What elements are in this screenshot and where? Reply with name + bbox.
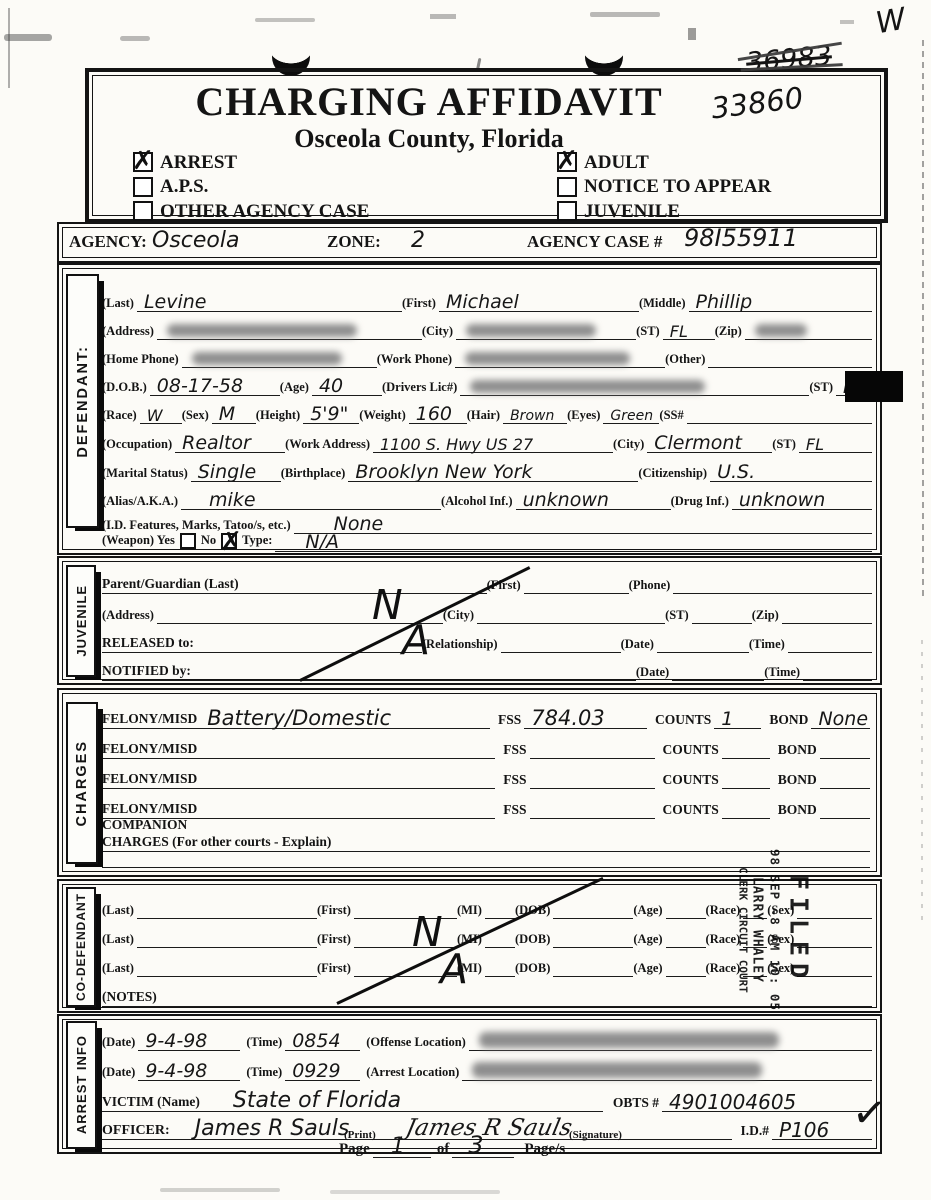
codef-sex-label: (Sex) xyxy=(767,933,797,948)
defendant-physical-row: (Race) W (Sex) M (Height) 5'9" (Weight) … xyxy=(102,400,872,424)
work-state-label: (ST) xyxy=(772,438,799,453)
birthplace-value: Brooklyn New York xyxy=(348,464,534,481)
citizenship-value: U.S. xyxy=(710,464,757,481)
work-address-value: 1100 S. Hwy US 27 xyxy=(373,438,535,452)
juvenile-released-row: RELEASED to: (Relationship) (Date) (Time… xyxy=(102,629,872,653)
page-title: CHARGING AFFIDAVIT xyxy=(149,78,709,125)
notified-time-label: (Time) xyxy=(764,666,803,681)
redacted-arrest-location xyxy=(472,1062,762,1078)
age-value: 40 xyxy=(312,378,345,395)
header-checkbox-column-left: ARREST A.P.S. OTHER AGENCY CASE xyxy=(133,152,369,226)
hair-value: Brown xyxy=(503,410,556,423)
agency-label: AGENCY: xyxy=(69,233,150,253)
aps-checkbox xyxy=(133,177,153,197)
sex-value: M xyxy=(212,406,237,423)
alcohol-inf-label: (Alcohol Inf.) xyxy=(441,495,516,510)
defendant-phone-row: (Home Phone) (Work Phone) (Other) xyxy=(102,344,872,368)
codef-sex-label: (Sex) xyxy=(767,904,797,919)
weight-label: (Weight) xyxy=(359,409,409,424)
defendant-weapon-row: (Weapon) Yes No Type: N/A xyxy=(102,531,872,552)
codefendant-section: CO-DEFENDANT (Last) (First) (MI) (DOB) (… xyxy=(57,879,882,1013)
codefendant-row-2: (Last) (First) (MI) (DOB) (Age) (Race) (… xyxy=(102,924,872,948)
counts-1-value: 1 xyxy=(714,711,735,728)
codefendant-row-1: (Last) (First) (MI) (DOB) (Age) (Race) (… xyxy=(102,895,872,919)
scanned-document-page: { "page": { "corner_mark": "W", "crossed… xyxy=(0,0,931,1200)
checkbox-row-aps: A.P.S. xyxy=(133,177,369,197)
officer-id-label: I.D.# xyxy=(732,1124,772,1140)
codef-dob-label: (DOB) xyxy=(515,962,553,977)
juvenile-st-label: (ST) xyxy=(665,609,692,624)
scan-noise xyxy=(120,36,150,41)
notified-by-label: NOTIFIED by: xyxy=(102,664,194,681)
felony-misd-label: FELONY/MISD xyxy=(102,772,200,789)
obts-label: OBTS # xyxy=(603,1096,662,1112)
victim-label: VICTIM (Name) xyxy=(102,1095,203,1112)
fss-label: FSS xyxy=(495,803,529,819)
handwritten-check-mark: ✓ xyxy=(850,1086,890,1138)
counts-label: COUNTS xyxy=(647,713,714,729)
last-name-value: Levine xyxy=(137,294,209,311)
work-address-label: (Work Address) xyxy=(285,438,373,453)
felony-misd-label: FELONY/MISD xyxy=(102,712,200,729)
drug-inf-label: (Drug Inf.) xyxy=(671,495,732,510)
juvenile-address-label: (Address) xyxy=(102,609,157,624)
defendant-alias-row: (Alias/A.K.A.) mike (Alcohol Inf.) unkno… xyxy=(102,486,872,510)
other-agency-label: OTHER AGENCY CASE xyxy=(160,202,369,221)
hair-label: (Hair) xyxy=(467,409,503,424)
checkbox-row-arrest: ARREST xyxy=(133,152,369,172)
weapon-no-label: No xyxy=(201,534,219,549)
obts-value: 4901004605 xyxy=(662,1093,798,1111)
ssn-redaction-box xyxy=(845,371,903,402)
weapon-type-label: Type: xyxy=(242,534,275,549)
fss-label: FSS xyxy=(495,743,529,759)
codef-notes-label: (NOTES) xyxy=(102,990,160,1007)
codef-age-label: (Age) xyxy=(633,962,665,977)
bond-label: BOND xyxy=(770,743,820,759)
arrest-info-section-label-box: ARREST INFO xyxy=(66,1021,97,1149)
work-city-label: (City) xyxy=(613,438,647,453)
other-agency-checkbox xyxy=(133,201,153,221)
juvenile-na-a: A xyxy=(402,616,430,664)
offense-date-value: 9-4-98 xyxy=(138,1033,209,1050)
juvenile-address-row: (Address) (City) (ST) (Zip) xyxy=(102,600,872,624)
arrest-time-label: (Time) xyxy=(240,1066,285,1081)
corner-handwritten-mark: W xyxy=(873,2,908,42)
officer-print-value: James R Sauls xyxy=(173,1119,352,1139)
redacted-zip xyxy=(755,324,807,337)
adult-label: ADULT xyxy=(584,153,649,172)
redacted-work-phone xyxy=(465,352,630,365)
adult-checkbox xyxy=(557,152,577,172)
work-city-value: Clermont xyxy=(647,435,744,452)
page-label: Page xyxy=(339,1141,373,1159)
juvenile-notified-row: NOTIFIED by: (Date) (Time) xyxy=(102,657,872,681)
address-label: (Address) xyxy=(102,325,157,340)
scan-noise xyxy=(688,28,696,40)
notified-date-label: (Date) xyxy=(636,666,672,681)
felony-misd-label: FELONY/MISD xyxy=(102,742,200,759)
notice-to-appear-checkbox xyxy=(557,177,577,197)
eyes-value: Green xyxy=(603,410,655,423)
codef-last-label: (Last) xyxy=(102,904,137,919)
header-subtitle: Osceola County, Florida xyxy=(149,124,709,154)
weapon-no-checkbox xyxy=(221,533,237,549)
codef-age-label: (Age) xyxy=(633,904,665,919)
defendant-address-row: (Address) (City) (ST) FL (Zip) xyxy=(102,316,872,340)
first-name-value: Michael xyxy=(439,294,521,311)
agency-case-label: AGENCY CASE # xyxy=(527,233,665,253)
juvenile-section-label: JUVENILE xyxy=(74,585,89,657)
scan-noise xyxy=(921,640,923,920)
eyes-label: (Eyes) xyxy=(567,409,603,424)
arrest-info-section-label: ARREST INFO xyxy=(74,1035,89,1134)
drug-inf-value: unknown xyxy=(732,492,827,509)
charges-section-label-box: CHARGES xyxy=(66,702,98,864)
sex-label: (Sex) xyxy=(182,409,212,424)
redacted-offense-location xyxy=(479,1032,779,1048)
bond-1-value: None xyxy=(811,711,870,728)
occupation-label: (Occupation) xyxy=(102,438,175,453)
released-date-label: (Date) xyxy=(621,638,657,653)
age-label: (Age) xyxy=(280,381,312,396)
dl-state-label: (ST) xyxy=(809,381,836,396)
arrest-checkbox xyxy=(133,152,153,172)
juvenile-checkbox xyxy=(557,201,577,221)
companion-label-row: COMPANION xyxy=(102,819,870,834)
weapon-yes-checkbox xyxy=(180,533,196,549)
middle-name-value: Phillip xyxy=(689,294,755,311)
defendant-section: DEFENDANT: (Last) Levine (First) Michael… xyxy=(57,263,882,555)
companion-charges-label: CHARGES (For other courts - Explain) xyxy=(102,835,334,852)
codefendant-na-a: A xyxy=(440,945,468,993)
agency-case-value: 98I55911 xyxy=(677,228,800,250)
height-value: 5'9" xyxy=(303,406,350,423)
dob-label: (D.O.B.) xyxy=(102,381,150,396)
zone-value: 2 xyxy=(404,231,427,251)
codef-first-label: (First) xyxy=(317,904,354,919)
offense-time-value: 0854 xyxy=(285,1033,342,1050)
charge-1-value: Battery/Domestic xyxy=(200,709,393,728)
redacted-address xyxy=(167,324,357,337)
juvenile-na-n: N xyxy=(372,581,403,629)
codefendant-section-label-box: CO-DEFENDANT xyxy=(66,887,96,1007)
charge-row-4: FELONY/MISD FSS COUNTS BOND xyxy=(102,792,870,819)
marital-status-label: (Marital Status) xyxy=(102,467,191,482)
weapon-label: (Weapon) Yes xyxy=(102,534,178,549)
juvenile-zip-label: (Zip) xyxy=(752,609,782,624)
state-label: (ST) xyxy=(636,325,663,340)
zip-label: (Zip) xyxy=(715,325,745,340)
arrest-time-value: 0929 xyxy=(285,1063,342,1080)
pages-label: Page/s xyxy=(514,1141,568,1159)
offense-date-label: (Date) xyxy=(102,1036,138,1051)
ssn-label: (SS# xyxy=(659,409,686,424)
charge-row-1: FELONY/MISD Battery/Domestic FSS 784.03 … xyxy=(102,702,870,729)
drivers-lic-label: (Drivers Lic#) xyxy=(382,381,460,396)
scan-noise xyxy=(922,40,924,600)
scan-noise xyxy=(330,1190,500,1194)
parent-guardian-label: Parent/Guardian (Last) xyxy=(102,577,242,594)
arrest-date-value: 9-4-98 xyxy=(138,1063,209,1080)
codefendant-notes-row: (NOTES) xyxy=(102,987,872,1007)
codef-race-label: (Race) xyxy=(706,904,744,919)
birthplace-label: (Birthplace) xyxy=(281,467,349,482)
juvenile-label: JUVENILE xyxy=(584,202,680,221)
city-label: (City) xyxy=(422,325,456,340)
header-handwritten-number: 33860 xyxy=(709,81,805,126)
defendant-section-label-box: DEFENDANT: xyxy=(66,274,99,528)
race-label: (Race) xyxy=(102,409,140,424)
officer-label: OFFICER: xyxy=(102,1123,173,1140)
codef-first-label: (First) xyxy=(317,962,354,977)
charges-section: CHARGES FELONY/MISD Battery/Domestic FSS… xyxy=(57,688,882,877)
home-phone-label: (Home Phone) xyxy=(102,353,182,368)
released-time-label: (Time) xyxy=(749,638,788,653)
page-number-value: 1 xyxy=(373,1137,407,1157)
dob-value: 08-17-58 xyxy=(150,378,245,395)
codefendant-row-3: (Last) (First) (MI) (DOB) (Age) (Race) (… xyxy=(102,953,872,977)
scan-noise xyxy=(590,12,660,17)
state-value: FL xyxy=(663,325,690,339)
offense-location-label: (Offense Location) xyxy=(360,1036,469,1051)
defendant-name-row: (Last) Levine (First) Michael (Middle) P… xyxy=(102,288,872,312)
juvenile-parent-row: Parent/Guardian (Last) (First) (Phone) xyxy=(102,570,872,594)
bond-label: BOND xyxy=(770,773,820,789)
charge-row-3: FELONY/MISD FSS COUNTS BOND xyxy=(102,762,870,789)
agency-value: Osceola xyxy=(145,231,241,251)
checkbox-row-notice-to-appear: NOTICE TO APPEAR xyxy=(557,177,771,197)
bond-label: BOND xyxy=(770,803,820,819)
defendant-section-label: DEFENDANT: xyxy=(75,345,91,458)
header-checkbox-column-right: ADULT NOTICE TO APPEAR JUVENILE xyxy=(557,152,771,226)
scan-noise xyxy=(4,34,52,41)
first-name-label: (First) xyxy=(402,297,439,312)
bond-label: BOND xyxy=(761,713,811,729)
weight-value: 160 xyxy=(409,406,454,423)
counts-label: COUNTS xyxy=(655,773,722,789)
victim-value: State of Florida xyxy=(203,1091,403,1111)
middle-name-label: (Middle) xyxy=(639,297,689,312)
companion-charges-row: CHARGES (For other courts - Explain) xyxy=(102,834,870,852)
of-label: of xyxy=(431,1141,453,1159)
defendant-dob-row: (D.O.B.) 08-17-58 (Age) 40 (Drivers Lic#… xyxy=(102,372,872,396)
agency-bar: AGENCY: Osceola ZONE: 2 AGENCY CASE # 98… xyxy=(57,222,882,263)
zone-label: ZONE: xyxy=(327,233,384,253)
offense-date-row: (Date) 9-4-98 (Time) 0854 (Offense Locat… xyxy=(102,1025,872,1051)
codef-last-label: (Last) xyxy=(102,962,137,977)
codef-mi-label: (MI) xyxy=(457,904,485,919)
weapon-type-value: N/A xyxy=(275,534,341,551)
scan-noise xyxy=(255,18,315,22)
officer-id-value: P106 xyxy=(772,1121,831,1139)
juvenile-city-label: (City) xyxy=(443,609,477,624)
codef-first-label: (First) xyxy=(317,933,354,948)
codef-age-label: (Age) xyxy=(633,933,665,948)
height-label: (Height) xyxy=(256,409,303,424)
redacted-city xyxy=(466,324,596,337)
codef-dob-label: (DOB) xyxy=(515,933,553,948)
codef-race-label: (Race) xyxy=(706,933,744,948)
codef-sex-label: (Sex) xyxy=(767,962,797,977)
citizenship-label: (Citizenship) xyxy=(638,467,710,482)
scan-noise xyxy=(8,8,10,88)
scan-noise xyxy=(840,20,854,24)
work-phone-label: (Work Phone) xyxy=(377,353,455,368)
alias-value: mike xyxy=(181,492,257,509)
companion-extra-line xyxy=(102,858,870,868)
defendant-marital-row: (Marital Status) Single (Birthplace) Bro… xyxy=(102,458,872,482)
notice-to-appear-label: NOTICE TO APPEAR xyxy=(584,177,771,196)
counts-label: COUNTS xyxy=(655,743,722,759)
offense-time-label: (Time) xyxy=(240,1036,285,1051)
other-phone-label: (Other) xyxy=(665,353,708,368)
race-value: W xyxy=(140,409,165,423)
juvenile-phone-label: (Phone) xyxy=(629,579,674,594)
checkbox-row-other-agency: OTHER AGENCY CASE xyxy=(133,201,369,221)
juvenile-section-label-box: JUVENILE xyxy=(66,565,96,677)
released-to-label: RELEASED to: xyxy=(102,636,197,653)
checkbox-row-juvenile: JUVENILE xyxy=(557,201,771,221)
work-state-value: FL xyxy=(799,438,826,452)
last-name-label: (Last) xyxy=(102,297,137,312)
total-pages-value: 3 xyxy=(452,1135,485,1157)
fss-label: FSS xyxy=(490,713,524,729)
redacted-home-phone xyxy=(192,352,342,365)
page-count-row: Page 1 of 3 Page/s xyxy=(339,1132,669,1158)
redacted-drivers-lic xyxy=(470,380,705,393)
juvenile-section: JUVENILE Parent/Guardian (Last) (First) … xyxy=(57,556,882,685)
scan-noise xyxy=(160,1188,280,1192)
companion-label: COMPANION xyxy=(102,818,190,834)
victim-row: VICTIM (Name) State of Florida OBTS # 49… xyxy=(102,1084,872,1112)
fss-1-value: 784.03 xyxy=(524,709,606,728)
relationship-label: (Relationship) xyxy=(422,638,501,653)
arrest-label: ARREST xyxy=(160,153,237,172)
counts-label: COUNTS xyxy=(655,803,722,819)
aps-label: A.P.S. xyxy=(160,177,208,196)
marital-status-value: Single xyxy=(191,464,258,481)
arrest-date-label: (Date) xyxy=(102,1066,138,1081)
alias-label: (Alias/A.K.A.) xyxy=(102,495,181,510)
codef-last-label: (Last) xyxy=(102,933,137,948)
alcohol-inf-value: unknown xyxy=(516,492,611,509)
checkbox-row-adult: ADULT xyxy=(557,152,771,172)
charges-section-label: CHARGES xyxy=(74,740,90,827)
scan-noise xyxy=(430,14,456,19)
defendant-occupation-row: (Occupation) Realtor (Work Address) 1100… xyxy=(102,429,872,453)
codef-race-label: (Race) xyxy=(706,962,744,977)
codefendant-na-n: N xyxy=(412,908,443,956)
arrest-date-row: (Date) 9-4-98 (Time) 0929 (Arrest Locati… xyxy=(102,1055,872,1081)
codefendant-section-label: CO-DEFENDANT xyxy=(74,893,88,1001)
arrest-info-section: ARREST INFO (Date) 9-4-98 (Time) 0854 (O… xyxy=(57,1014,882,1154)
arrest-location-label: (Arrest Location) xyxy=(360,1066,462,1081)
charge-row-2: FELONY/MISD FSS COUNTS BOND xyxy=(102,732,870,759)
occupation-value: Realtor xyxy=(175,435,253,452)
header-box: CHARGING AFFIDAVIT 33860 Osceola County,… xyxy=(85,68,888,223)
fss-label: FSS xyxy=(495,773,529,789)
